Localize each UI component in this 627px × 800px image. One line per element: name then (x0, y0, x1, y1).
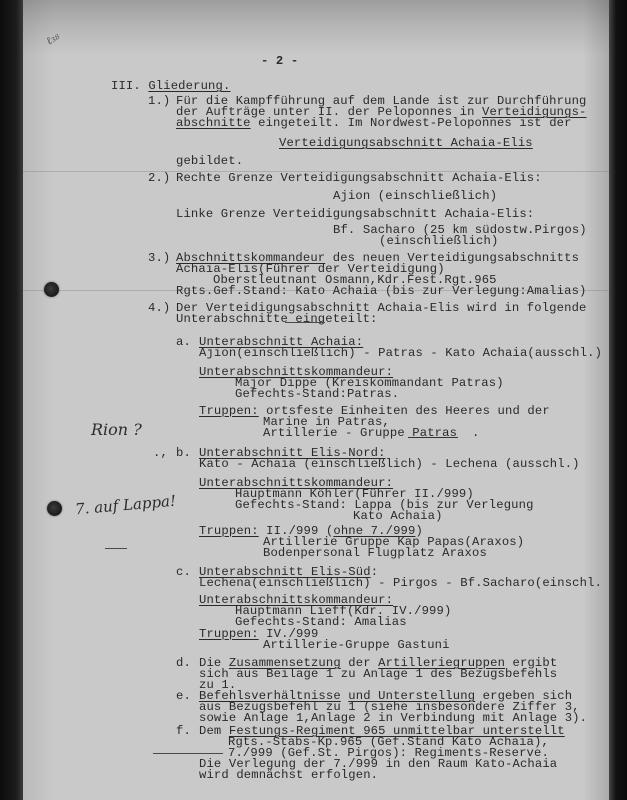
scan-border-right (609, 0, 627, 800)
item-3-command-post: Rgts.Gef.Stand: Kato Achaia (bis zur Ver… (176, 285, 587, 297)
item-3-label: 3.) (148, 252, 170, 264)
item-1-centered-title: Verteidigungsabschnitt Achaia-Elis (279, 137, 533, 149)
punch-hole (47, 501, 62, 516)
sub-b-range: Kato - Achaia (einschließlich) - Lechena… (199, 458, 580, 470)
pencil-line (153, 753, 223, 754)
handwritten-note-lappa: 7. auf Lappa! (74, 492, 176, 519)
sub-f-line-5: wird demnächst erfolgen. (199, 769, 378, 781)
sub-b-command-post-2: Kato Achaia) (353, 510, 443, 522)
section-numeral: III. (111, 79, 141, 93)
sub-b-label: b. (176, 447, 191, 459)
page-number: - 2 - (261, 55, 298, 67)
pencil-dash (285, 322, 325, 323)
sub-a-command-post: Gefechts-Stand:Patras. (235, 388, 399, 400)
scan-border-left (0, 0, 23, 800)
sub-a-range: Ajion(einschließlich) - Patras - Kato Ac… (199, 347, 602, 359)
section-title: Gliederung. (148, 79, 230, 93)
handwritten-mark-top: ℓ₃₈ (43, 29, 61, 47)
item-4-label: 4.) (148, 302, 170, 314)
pencil-underline (408, 437, 458, 438)
sub-c-troops-2: Artillerie-Gruppe Gastuni (263, 639, 450, 651)
item-1-line-3: abschnitte eingeteilt. Im Nordwest-Pelop… (176, 117, 572, 129)
sub-b-troops-3: Bodenpersonal Flugplatz Araxos (263, 547, 487, 559)
document-page: ℓ₃₈ Rion ? 7. auf Lappa! - 2 - III. Glie… (23, 0, 609, 800)
item-2-right-border-value: Ajion (einschließlich) (333, 190, 497, 202)
sub-e-label: e. (176, 690, 191, 702)
sub-e-line-3: sowie Anlage 1,Anlage 2 in Verbindung mi… (199, 712, 587, 724)
item-2-left-border-value-2: (einschließlich) (379, 235, 498, 247)
item-2-right-border-heading: Rechte Grenze Verteidigungsabschnitt Ach… (176, 172, 542, 184)
sub-a-label: a. (176, 336, 191, 348)
section-heading: III. Gliederung. (111, 80, 230, 92)
sub-c-range: Lechena(einschließlich) - Pirgos - Bf.Sa… (199, 577, 602, 589)
sub-b-prefix: ., (153, 447, 175, 459)
item-2-left-border-heading: Linke Grenze Verteidigungsabschnitt Acha… (176, 208, 534, 220)
handwritten-note-rion: Rion ? (91, 420, 142, 439)
sub-c-label: c. (176, 566, 191, 578)
sub-d-label: d. (176, 657, 191, 669)
item-2-label: 2.) (148, 172, 170, 184)
pencil-dash (105, 548, 127, 549)
punch-hole (44, 282, 59, 297)
item-4-line-2: Unterabschnitte eingeteilt: (176, 313, 378, 325)
item-1-closing: gebildet. (176, 155, 243, 167)
item-1-label: 1.) (148, 95, 170, 107)
sub-f-label: f. (176, 725, 191, 737)
sub-d-line-2: sich aus Beilage 1 zu Anlage 1 des Bezug… (199, 668, 557, 680)
